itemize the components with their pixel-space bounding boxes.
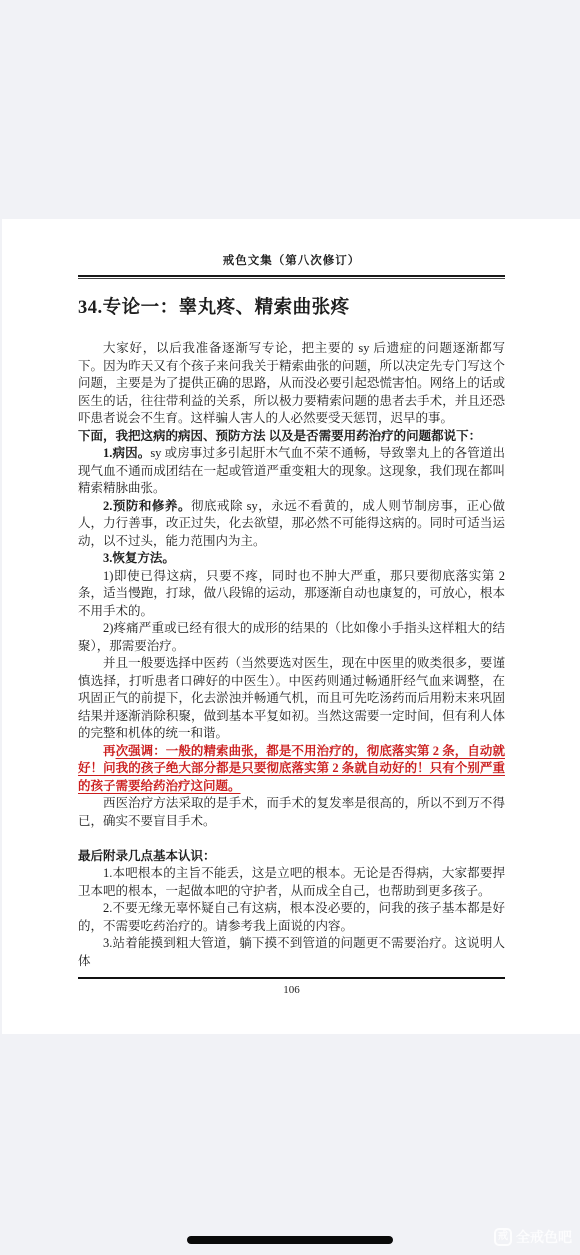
blank-line [78,830,505,848]
home-indicator-bar[interactable] [187,1236,393,1244]
watermark-text: 全戒色吧 [516,1227,572,1247]
page-number: 106 [78,984,505,996]
red-emphasis-underlined: 次强调：一般的精索曲张，都是不用治疗的，彻底落实第 2 条，自动就好！问我的孩子… [78,744,505,793]
lead-bold-line: 下面，我把这病的病因、预防方法 以及是否需要用药治疗的问题都说下： [78,428,505,446]
appendix-item-3: 3.站着能摸到粗大管道，躺下摸不到管道的问题更不需要治疗。这说明人体 [78,935,505,970]
recovery-heading: 3.恢复方法。 [78,550,505,568]
recovery-item-1: 1)即使已得这病，只要不疼，同时也不肿大严重，那只要彻底落实第 2 条，适当慢跑… [78,568,505,621]
western-paragraph: 西医治疗方法采取的是手术，而手术的复发率是很高的，所以不到万不得已，确实不要盲目… [78,795,505,830]
watermark-logo-icon: 戒 [494,1228,512,1246]
red-emphasis-lead: 再 [103,744,116,758]
body-text: 大家好，以后我准备逐渐写专论，把主要的 sy 后遗症的问题逐渐都写下。因为昨天又… [78,340,505,970]
footer-divider [78,977,505,979]
header-divider [78,275,505,279]
intro-paragraph: 大家好，以后我准备逐渐写专论，把主要的 sy 后遗症的问题逐渐都写下。因为昨天又… [78,340,505,428]
appendix-item-1: 1.本吧根本的主旨不能丢，这是立吧的根本。无论是否得病，大家都要捍卫本吧的根本，… [78,865,505,900]
cause-label: 1.病因。 [103,446,150,460]
prevention-paragraph: 2.预防和修养。彻底戒除 sy，永远不看黄的，成人则节制房事，正心做人，力行善事… [78,498,505,551]
tcm-paragraph: 并且一般要选择中医药（当然要选对医生，现在中医里的败类很多，要谨慎选择，打听患者… [78,655,505,743]
watermark: 戒 全戒色吧 [494,1227,572,1247]
cause-paragraph: 1.病因。sy 或房事过多引起肝木气血不荣不通畅，导致睾丸上的各管道出现气血不通… [78,445,505,498]
appendix-heading: 最后附录几点基本认识： [78,848,505,866]
recovery-item-2: 2)疼痛严重或已经有很大的成形的结果的（比如像小手指头这样粗大的结聚），那需要治… [78,620,505,655]
running-header: 戒色文集（第八次修订） [78,252,505,268]
appendix-item-2: 2.不要无缘无辜怀疑自己有这病，根本没必要的，问我的孩子基本都是好的，不需要吃药… [78,900,505,935]
screenshot-root: { "page": { "header": "戒色文集（第八次修订）", "ti… [0,0,580,1255]
prevention-label: 2.预防和修养。 [103,499,191,513]
page-content: 戒色文集（第八次修订） 34.专论一：睾丸疼、精索曲张疼 大家好，以后我准备逐渐… [78,219,505,996]
red-emphasis-paragraph: 再次强调：一般的精索曲张，都是不用治疗的，彻底落实第 2 条，自动就好！问我的孩… [78,743,505,796]
page-title: 34.专论一：睾丸疼、精索曲张疼 [78,293,505,319]
document-page: 戒色文集（第八次修订） 34.专论一：睾丸疼、精索曲张疼 大家好，以后我准备逐渐… [2,219,580,1034]
